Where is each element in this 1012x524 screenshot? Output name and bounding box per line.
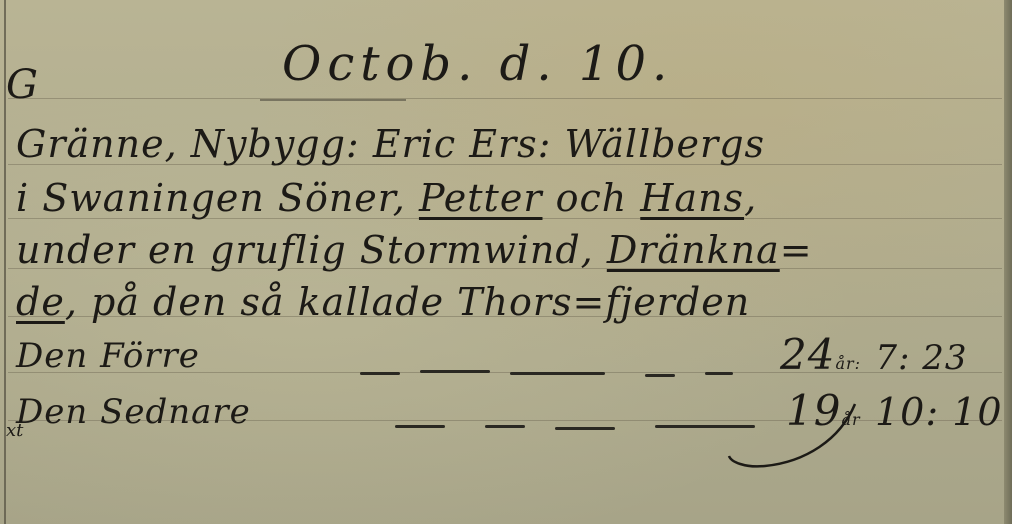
dash: [420, 370, 490, 373]
name-petter: Petter: [419, 176, 543, 220]
line2-comma: ,: [744, 176, 757, 220]
line3-text: under en gruflig Stormwind,: [16, 228, 607, 272]
line3-hyphen: =: [780, 228, 813, 272]
entry-date-heading: Octob. d. 10.: [282, 36, 673, 92]
word-de: de: [16, 280, 65, 324]
line2-text: i Swaningen Söner,: [16, 176, 419, 220]
text-line-1: Gränne, Nybygg: Eric Ers: Wällbergs: [16, 122, 765, 166]
document-page: G xt Octob. d. 10. Gränne, Nybygg: Eric …: [0, 0, 1012, 524]
line1-text: Gränne, Nybygg: Eric Ers: Wällbergs: [16, 122, 765, 166]
entry-row-1-label: Den Förre: [16, 336, 200, 376]
text-line-2: i Swaningen Söner, Petter och Hans,: [16, 176, 757, 220]
dash: [395, 425, 445, 428]
dash: [510, 372, 605, 375]
dash: [485, 425, 525, 428]
line4-text: , på den så kallade Thors=fjerden: [65, 280, 750, 324]
name-hans: Hans: [640, 176, 744, 220]
dash: [555, 427, 615, 430]
word-drankna: Dränkna: [607, 228, 780, 272]
entry-row-1-age: 24år: 7: 23: [780, 330, 968, 379]
age-months-days: 7: 23: [875, 338, 967, 378]
ruled-line: [8, 98, 1002, 99]
dash: [705, 372, 733, 375]
age-years: 24: [780, 330, 835, 379]
dash: [360, 372, 400, 375]
bracket-flourish: [725, 400, 865, 470]
margin-mark-g: G: [6, 62, 38, 108]
text-line-4: de, på den så kallade Thors=fjerden: [16, 280, 750, 324]
entry-row-2-label: Den Sednare: [16, 392, 251, 432]
age-months-days: 10: 10: [875, 390, 1003, 434]
page-edge: [1004, 0, 1012, 524]
text-line-3: under en gruflig Stormwind, Dränkna=: [16, 228, 813, 272]
dash: [645, 374, 675, 377]
age-unit: år:: [835, 354, 861, 373]
heading-underline: [258, 96, 408, 104]
line2-conj: och: [542, 176, 640, 220]
